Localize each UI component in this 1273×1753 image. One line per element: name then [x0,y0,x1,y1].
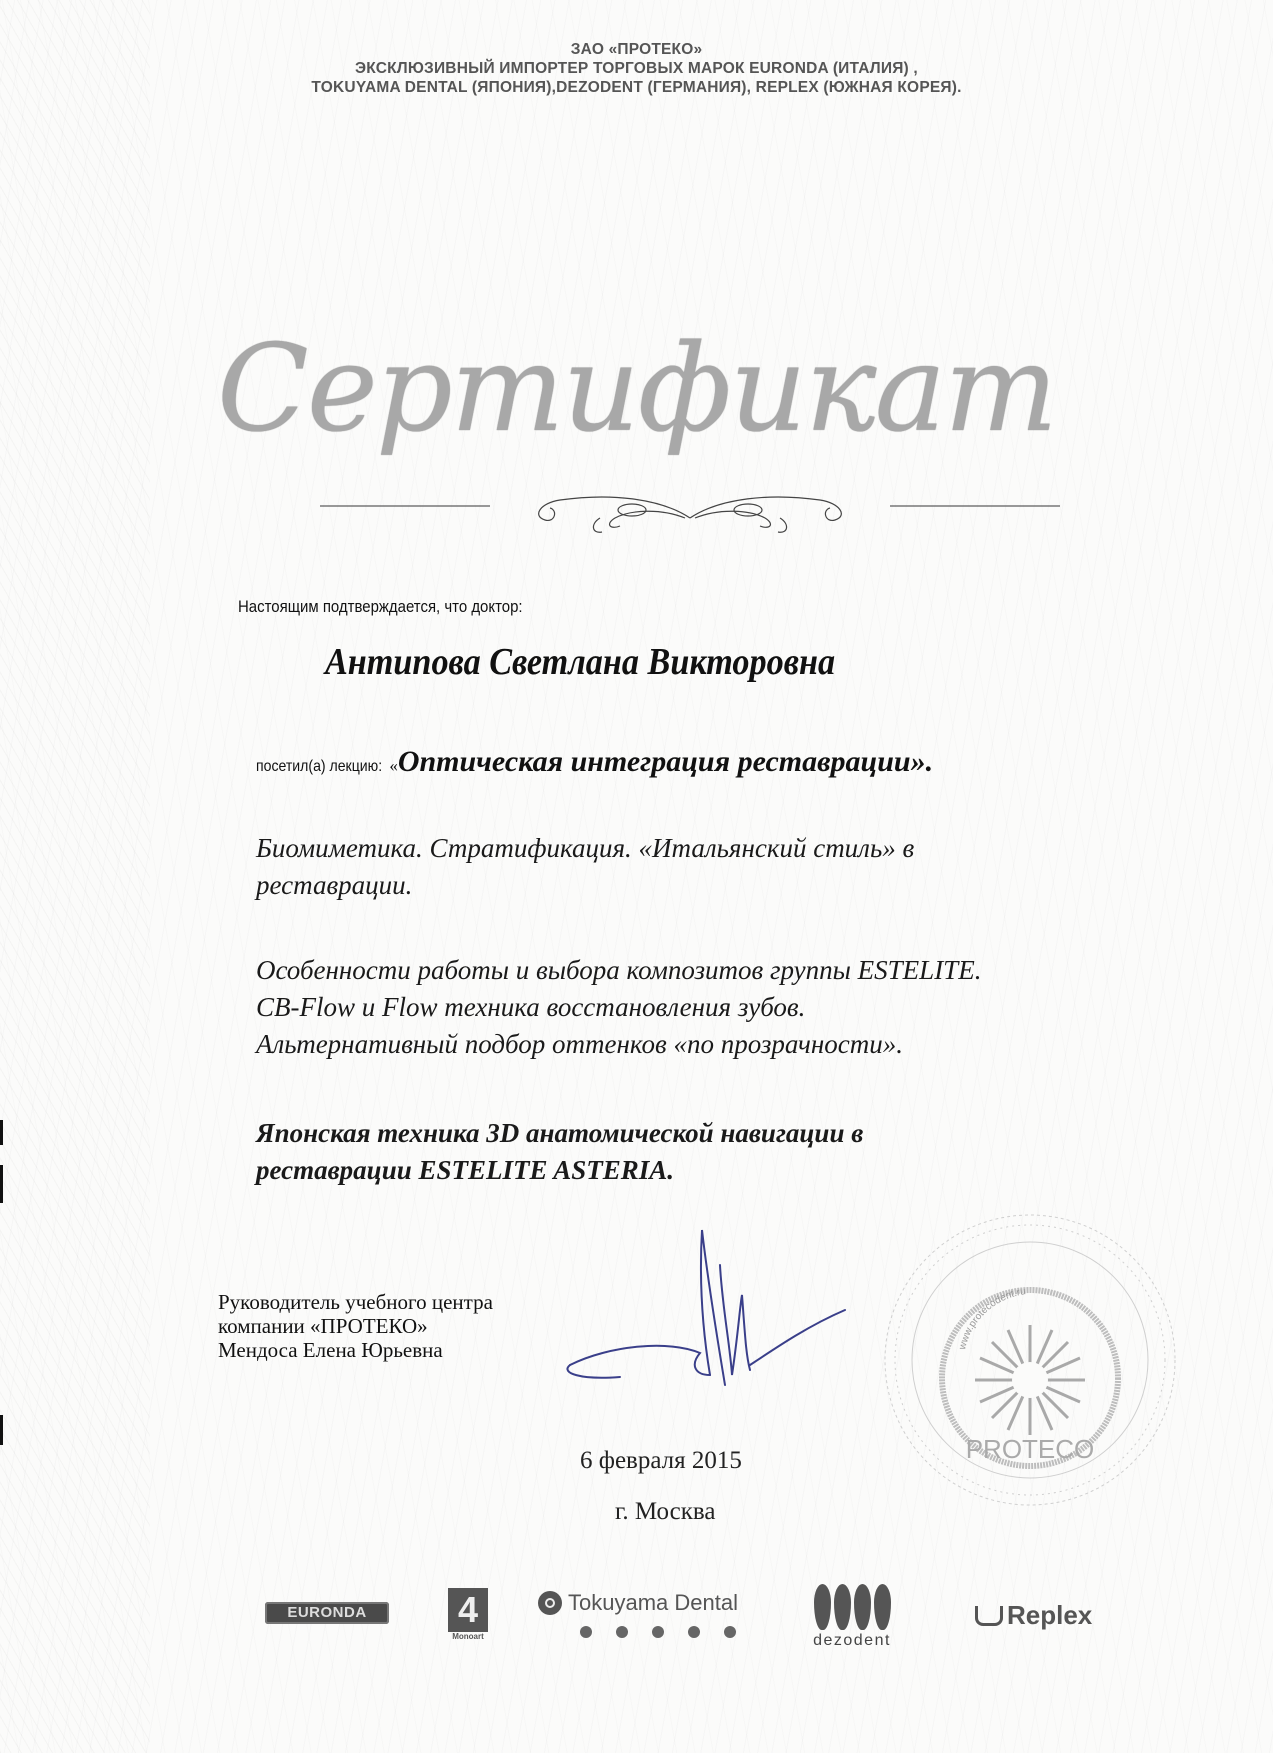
topic-line: Японская техника 3D анатомической навига… [256,1115,863,1152]
topic-line: Альтернативный подбор оттенков «по прозр… [256,1026,981,1063]
lecture-line: посетил(а) лекцию: «Оптическая интеграци… [256,745,933,779]
left-guilloche-pattern [0,0,150,1753]
company-stamp: www.protecodent.ru PROTECO [880,1180,1180,1520]
signatory-block: Руководитель учебного центра компании «П… [218,1290,493,1362]
topic-paragraph-3: Японская техника 3D анатомической навига… [256,1115,863,1189]
signatory-company: компании «ПРОТЕКО» [218,1314,493,1338]
ornament-divider [310,488,1070,538]
dezodent-logo: dezodent [806,1584,898,1650]
signatory-title: Руководитель учебного центра [218,1290,493,1314]
issue-date: 6 февраля 2015 [580,1447,742,1475]
euronda-logo: EURONDA [265,1602,389,1624]
tokuyama-logo: Tokuyama Dental [538,1590,738,1638]
tokuyama-label: Tokuyama Dental [568,1590,738,1616]
tokuyama-icon [538,1591,562,1615]
monoart-logo: 4 Monoart [443,1588,493,1641]
header-line: ЭКСКЛЮЗИВНЫЙ ИМПОРТЕР ТОРГОВЫХ МАРОК EUR… [0,59,1273,78]
replex-leaf-icon [975,1606,1003,1626]
header-line: TOKUYAMA DENTAL (ЯПОНИЯ),DEZODENT (ГЕРМА… [0,78,1273,97]
certificate-title: Сертификат [0,320,1273,460]
scan-edge-mark [0,1415,3,1445]
issuer-header: ЗАО «ПРОТЕКО» ЭКСКЛЮЗИВНЫЙ ИМПОРТЕР ТОРГ… [0,40,1273,97]
replex-logo: Replex [975,1600,1092,1631]
issue-city: г. Москва [615,1498,715,1526]
topic-line: Биомиметика. Стратификация. «Итальянский… [256,830,914,867]
signatory-name: Мендоса Елена Юрьевна [218,1338,493,1362]
lecture-title: Оптическая интеграция реставрации». [398,745,933,778]
topic-line: реставрации ESTELITE ASTERIA. [256,1152,863,1189]
monoart-label: Monoart [443,1632,493,1641]
replex-label: Replex [1007,1600,1092,1630]
stamp-brand: PROTECO [966,1434,1095,1464]
teeth-icon [806,1584,898,1630]
confirmation-text: Настоящим подтверждается, что доктор: [238,597,523,617]
partner-logos: EURONDA 4 Monoart Tokuyama Dental dezode… [0,1590,1273,1670]
doctor-name: Антипова Светлана Викторовна [325,640,835,684]
monoart-icon: 4 [448,1588,488,1632]
topic-line: реставрации. [256,867,914,904]
scan-edge-mark [0,1165,3,1203]
signature [550,1225,850,1395]
scan-edge-mark [0,1120,3,1145]
lecture-open-quote: « [389,756,398,775]
tokuyama-dots [580,1626,738,1638]
header-line: ЗАО «ПРОТЕКО» [0,40,1273,59]
topic-paragraph-2: Особенности работы и выбора композитов г… [256,952,981,1063]
lecture-prefix: посетил(а) лекцию: [256,758,382,776]
topic-line: Особенности работы и выбора композитов г… [256,952,981,989]
dezodent-label: dezodent [806,1632,898,1650]
topic-paragraph-1: Биомиметика. Стратификация. «Итальянский… [256,830,914,904]
topic-line: CB-Flow и Flow техника восстановления зу… [256,989,981,1026]
